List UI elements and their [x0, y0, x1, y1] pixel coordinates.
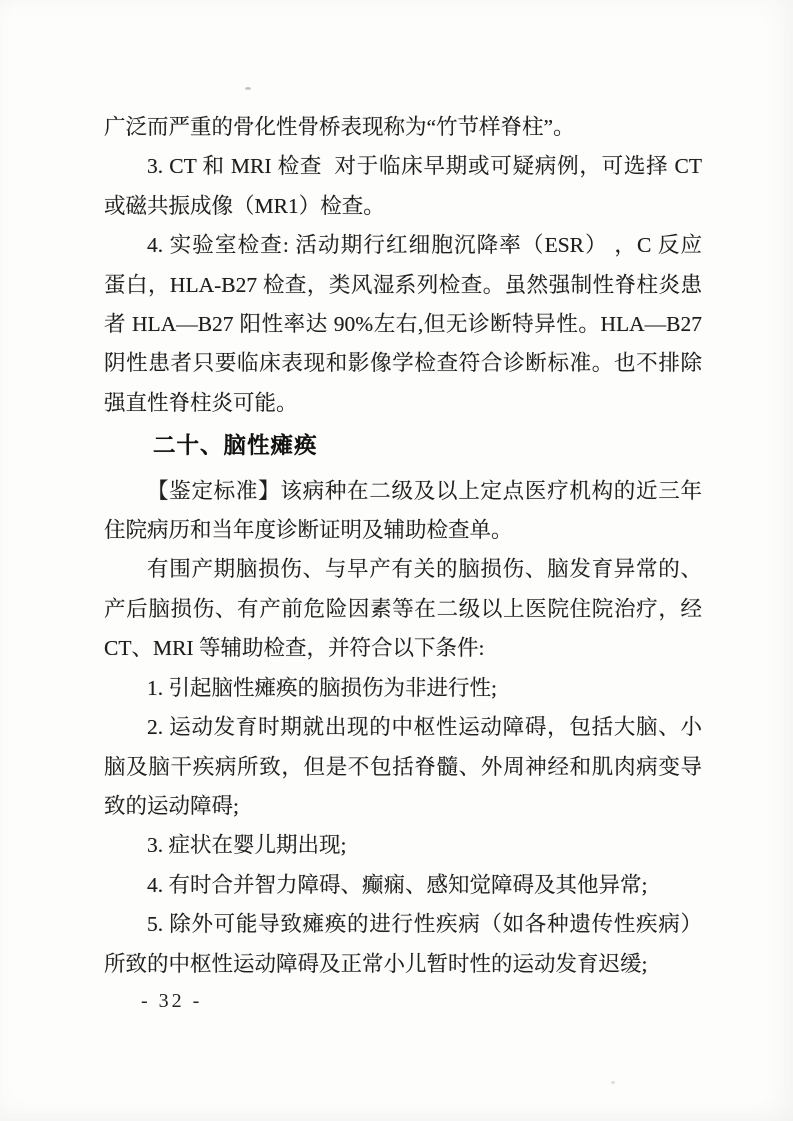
- text-line: 4. 有时合并智力障碍、癫痫、感知觉障碍及其他异常;: [104, 866, 702, 905]
- text-line: 2. 运动发育时期就出现的中枢性运动障碍，包括大脑、小: [104, 708, 702, 747]
- text-line: 广泛而严重的骨化性骨桥表现称为“竹节样脊柱”。: [104, 108, 702, 147]
- text-line: 住院病历和当年度诊断证明及辅助检查单。: [104, 511, 702, 550]
- section-heading: 二十、脑性瘫痪: [104, 427, 702, 466]
- text-line: 5. 除外可能导致瘫痪的进行性疾病（如各种遗传性疾病）: [104, 905, 702, 944]
- text-line: 有围产期脑损伤、与早产有关的脑损伤、脑发育异常的、: [104, 550, 702, 589]
- text-line: 4. 实验室检查: 活动期行红细胞沉降率（ESR） ，C 反应: [104, 226, 702, 265]
- text-line: 或磁共振成像（MR1）检查。: [104, 187, 702, 226]
- text-line: 蛋白，HLA-B27 检查，类风湿系列检查。虽然强制性脊柱炎患: [104, 266, 702, 305]
- text-line: 者 HLA—B27 阳性率达 90%左右,但无诊断特异性。HLA—B27: [104, 305, 702, 344]
- text-line: 致的运动障碍;: [104, 787, 702, 826]
- page-number: - 32 -: [141, 990, 202, 1013]
- text-line: 产后脑损伤、有产前危险因素等在二级以上医院住院治疗，经: [104, 590, 702, 629]
- document-page: 广泛而严重的骨化性骨桥表现称为“竹节样脊柱”。 3. CT 和 MRI 检查 对…: [0, 0, 793, 1121]
- text-line: 强直性脊柱炎可能。: [104, 384, 702, 423]
- text-line: 3. 症状在婴儿期出现;: [104, 826, 702, 865]
- text-line: CT、MRI 等辅助检查，并符合以下条件:: [104, 629, 702, 668]
- text-line: 所致的中枢性运动障碍及正常小儿暂时性的运动发育迟缓;: [104, 945, 702, 984]
- scan-speck: [245, 87, 251, 90]
- text-line: 阴性患者只要临床表现和影像学检查符合诊断标准。也不排除: [104, 344, 702, 383]
- text-line: 3. CT 和 MRI 检查 对于临床早期或可疑病例，可选择 CT: [104, 147, 702, 186]
- text-line: 脑及脑干疾病所致，但是不包括脊髓、外周神经和肌肉病变导: [104, 748, 702, 787]
- text-line: 1. 引起脑性瘫痪的脑损伤为非进行性;: [104, 669, 702, 708]
- document-body: 广泛而严重的骨化性骨桥表现称为“竹节样脊柱”。 3. CT 和 MRI 检查 对…: [104, 108, 702, 984]
- text-line: 【鉴定标准】该病种在二级及以上定点医疗机构的近三年: [104, 472, 702, 511]
- scan-speck: [611, 1081, 615, 1084]
